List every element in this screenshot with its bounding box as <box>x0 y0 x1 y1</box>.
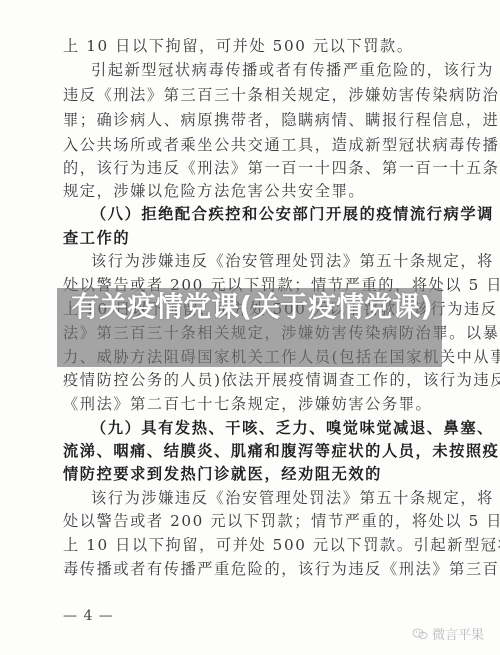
document-line: 《刑法》第二百七十七条规定，涉嫌妨害公务罪。 <box>63 394 437 414</box>
overlay-title: 有关疫情党课(关于疫情党课) <box>62 290 442 324</box>
document-line: 引起新型冠状病毒传播或者有传播严重危险的，该行为 <box>91 60 437 80</box>
document-line: 查工作的 <box>63 228 437 248</box>
document-line: 情防控要求到发热门诊就医，经劝阻无效的 <box>63 464 437 484</box>
document-line: 罪；确诊病人、病原携带者，隐瞒病情、瞒报行程信息，进 <box>63 110 437 130</box>
document-line: 疫情防控公务的人员)依法开展疫情调查工作的，该行为违反 <box>63 370 437 390</box>
document-line: 处以警告或者 200 元以下罚款；情节严重的，将处以 5 日以 <box>63 511 437 531</box>
document-line: （九）具有发热、干咳、乏力、嗅觉味觉减退、鼻塞、 <box>91 418 437 438</box>
page-number: — 4 — <box>63 608 114 624</box>
watermark: 微言平果 <box>412 624 484 643</box>
document-line: 毒传播或者有传播严重危险的，该行为违反《刑法》第三百 <box>63 559 437 579</box>
document-line: 的，该行为违反《刑法》第一百一十四条、第一百一十五条 <box>63 158 437 178</box>
watermark-text: 微言平果 <box>432 624 484 643</box>
document-line: 该行为涉嫌违反《治安管理处罚法》第五十条规定，将 <box>91 488 437 508</box>
document-line: 上 10 日以下拘留，可并处 500 元以下罚款。引起新型冠状病 <box>63 535 437 555</box>
document-line: 该行为涉嫌违反《治安管理处罚法》第五十条规定，将 <box>91 251 437 271</box>
document-line: 上 10 日以下拘留，可并处 500 元以下罚款。 <box>63 36 437 56</box>
document-line: （八）拒绝配合疾控和公安部门开展的疫情流行病学调 <box>91 204 437 224</box>
document-line: 违反《刑法》第三百三十条相关规定，涉嫌妨害传染病防治 <box>63 85 437 105</box>
document-line: 流涕、咽痛、结膜炎、肌痛和腹泻等症状的人员，未按照疫 <box>63 441 437 461</box>
wechat-icon <box>412 628 428 640</box>
document-line: 入公共场所或者乘坐公共交通工具，造成新型冠状病毒传播 <box>63 135 437 155</box>
document-line: 规定，涉嫌以危险方法危害公共安全罪。 <box>63 181 437 201</box>
